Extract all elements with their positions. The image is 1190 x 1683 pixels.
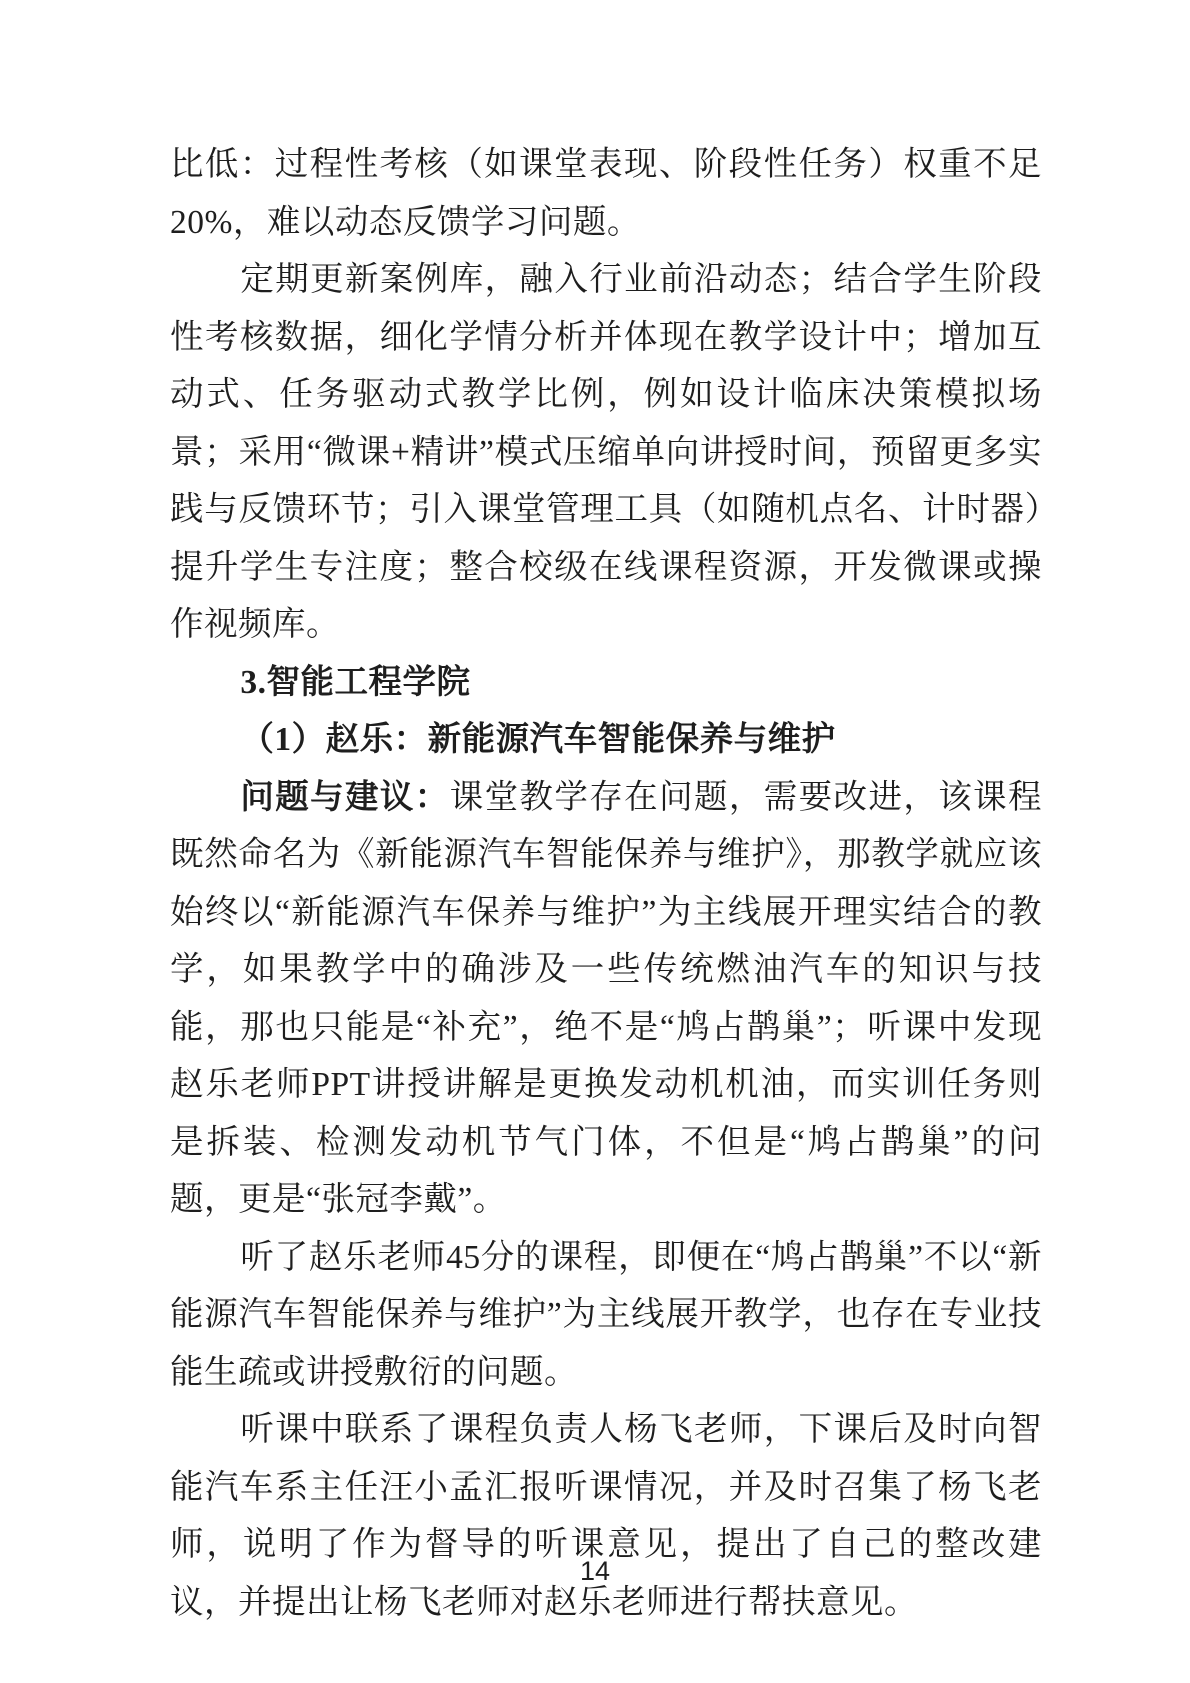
page-number: 14 [0, 1556, 1190, 1587]
text-run: 听了赵乐老师45分的课程，即便在“鸠占鹊巢”不以“新能源汽车智能保养与维护”为主… [170, 1239, 1042, 1391]
body-paragraph: 听了赵乐老师45分的课程，即便在“鸠占鹊巢”不以“新能源汽车智能保养与维护”为主… [170, 1229, 1042, 1402]
heading-paragraph: 3.智能工程学院 [170, 654, 1042, 712]
document-body: 比低：过程性考核（如课堂表现、阶段性任务）权重不足20%，难以动态反馈学习问题。… [170, 136, 1042, 1631]
text-run: 比低：过程性考核（如课堂表现、阶段性任务）权重不足20%，难以动态反馈学习问题。 [170, 146, 1042, 241]
body-paragraph: 听课中联系了课程负责人杨飞老师，下课后及时向智能汽车系主任汪小孟汇报听课情况，并… [170, 1401, 1042, 1631]
text-run: 定期更新案例库，融入行业前沿动态；结合学生阶段性考核数据，细化学情分析并体现在教… [170, 261, 1042, 643]
document-page: 比低：过程性考核（如课堂表现、阶段性任务）权重不足20%，难以动态反馈学习问题。… [0, 0, 1190, 1683]
bold-text-run: 问题与建议： [240, 779, 449, 816]
bold-text-run: （1）赵乐：新能源汽车智能保养与维护 [240, 721, 835, 758]
text-run: 听课中联系了课程负责人杨飞老师，下课后及时向智能汽车系主任汪小孟汇报听课情况，并… [170, 1411, 1042, 1621]
heading-paragraph: （1）赵乐：新能源汽车智能保养与维护 [170, 711, 1042, 769]
body-paragraph: 比低：过程性考核（如课堂表现、阶段性任务）权重不足20%，难以动态反馈学习问题。 [170, 136, 1042, 251]
body-paragraph: 问题与建议：课堂教学存在问题，需要改进，该课程既然命名为《新能源汽车智能保养与维… [170, 769, 1042, 1229]
text-run: 课堂教学存在问题，需要改进，该课程既然命名为《新能源汽车智能保养与维护》，那教学… [170, 779, 1042, 1219]
body-paragraph: 定期更新案例库，融入行业前沿动态；结合学生阶段性考核数据，细化学情分析并体现在教… [170, 251, 1042, 654]
bold-text-run: 3.智能工程学院 [240, 664, 470, 701]
